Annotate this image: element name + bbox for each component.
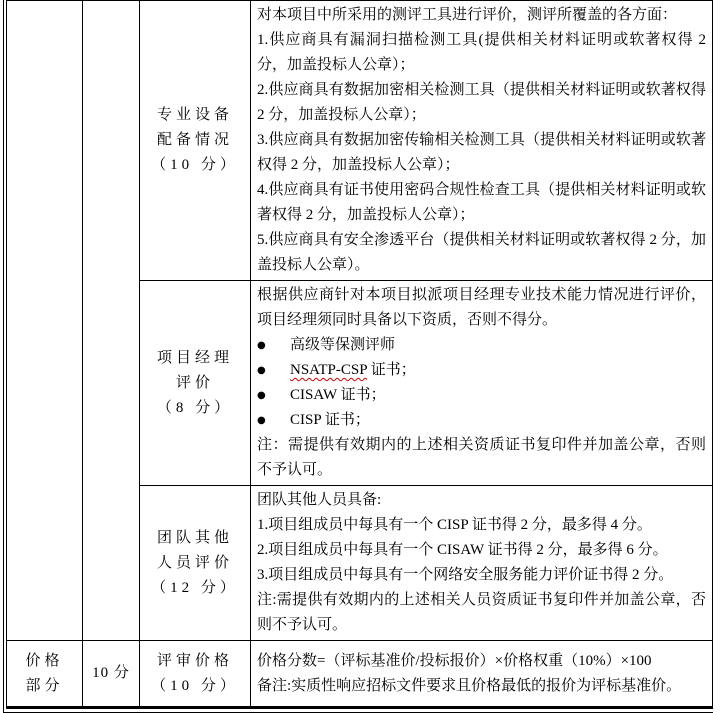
item-name-cell: 团队其他 人员评价 （12 分） — [140, 486, 251, 641]
qualification-text: 高级等保测评师 — [290, 333, 706, 358]
qualification-list-item: ● CISP 证书； — [257, 408, 706, 433]
criteria-paragraph: 5.供应商具有安全渗透平台（提供相关材料证明或软著权得 2 分，加盖投标人公章）… — [257, 228, 706, 278]
evaluation-criteria-table: 专业设备 配备情况 （10 分） 对本项目中所采用的测评工具进行评价，测评所覆盖… — [6, 0, 713, 709]
criteria-note: 注:需提供有效期内的上述相关人员资质证书复印件并加盖公章，否则不予认可。 — [257, 588, 706, 638]
item-name-line: 人员评价 — [140, 551, 250, 576]
criteria-paragraph: 2.供应商具有数据加密相关检测工具（提供相关材料证明或软著权得 2 分，加盖投标… — [257, 78, 706, 128]
spellcheck-flagged-text: NSATP-CSP — [290, 362, 367, 378]
item-name-line: 评审价格 — [140, 649, 250, 674]
item-name-cell: 项目经理 评价 （8 分） — [140, 281, 251, 486]
item-score-line: （12 分） — [140, 576, 250, 601]
document-page: 专业设备 配备情况 （10 分） 对本项目中所采用的测评工具进行评价，测评所覆盖… — [0, 0, 720, 713]
criteria-note: 注：需提供有效期内的上述相关资质证书复印件并加盖公章，否则不予认可。 — [257, 433, 706, 483]
item-name-cell: 专业设备 配备情况 （10 分） — [140, 1, 251, 281]
item-score-line: （8 分） — [140, 396, 250, 421]
criteria-cell: 价格分数=（评标基准价/投标报价）×价格权重（10%）×100 备注:实质性响应… — [251, 641, 713, 708]
bullet-icon: ● — [257, 383, 290, 408]
category-cell-empty — [7, 1, 83, 641]
qualification-list-item: ● CISAW 证书； — [257, 383, 706, 408]
criteria-cell: 根据供应商针对本项目拟派项目经理专业技术能力情况进行评价，项目经理须同时具备以下… — [251, 281, 713, 486]
bullet-icon: ● — [257, 333, 290, 358]
criteria-paragraph: 3.供应商具有数据加密传输相关检测工具（提供相关材料证明或软著权得 2 分，加盖… — [257, 128, 706, 178]
table-row: 专业设备 配备情况 （10 分） 对本项目中所采用的测评工具进行评价，测评所覆盖… — [7, 1, 713, 281]
item-name-line: 评价 — [140, 371, 250, 396]
item-name-cell: 评审价格 （10 分） — [140, 641, 251, 708]
item-name-line: 配备情况 — [140, 128, 250, 153]
criteria-paragraph: 对本项目中所采用的测评工具进行评价，测评所覆盖的各方面： — [257, 3, 706, 28]
item-score-line: （10 分） — [140, 674, 250, 699]
price-formula: 价格分数=（评标基准价/投标报价）×价格权重（10%）×100 — [257, 649, 706, 674]
item-name-line: 团队其他 — [140, 526, 250, 551]
category-line: 价格 — [7, 649, 82, 674]
bullet-icon: ● — [257, 408, 290, 433]
evaluation-table-container: 专业设备 配备情况 （10 分） 对本项目中所采用的测评工具进行评价，测评所覆盖… — [3, 0, 713, 713]
score-cell-empty — [83, 1, 140, 641]
score-cell: 10 分 — [83, 641, 140, 708]
qualification-text: CISAW 证书； — [290, 383, 706, 408]
qualification-text: CISP 证书； — [290, 408, 706, 433]
qualification-list-item: ● NSATP-CSP 证书； — [257, 358, 706, 383]
qualification-text: NSATP-CSP 证书； — [290, 358, 706, 383]
criteria-cell: 对本项目中所采用的测评工具进行评价，测评所覆盖的各方面： 1.供应商具有漏洞扫描… — [251, 1, 713, 281]
item-score-line: （10 分） — [140, 153, 250, 178]
bullet-icon: ● — [257, 358, 290, 383]
criteria-paragraph: 3.项目组成员中每具有一个网络安全服务能力评价证书得 2 分。 — [257, 563, 706, 588]
category-cell: 价格 部分 — [7, 641, 83, 708]
criteria-paragraph: 2.项目组成员中每具有一个 CISAW 证书得 2 分，最多得 6 分。 — [257, 538, 706, 563]
item-name-line: 项目经理 — [140, 346, 250, 371]
score-value: 10 分 — [83, 661, 139, 686]
qualification-list-item: ● 高级等保测评师 — [257, 333, 706, 358]
criteria-cell: 团队其他人员具备: 1.项目组成员中每具有一个 CISP 证书得 2 分，最多得… — [251, 486, 713, 641]
table-row: 价格 部分 10 分 评审价格 （10 分） 价格分数=（评标基准价/投标报价）… — [7, 641, 713, 708]
item-name-line: 专业设备 — [140, 103, 250, 128]
criteria-paragraph: 1.项目组成员中每具有一个 CISP 证书得 2 分，最多得 4 分。 — [257, 513, 706, 538]
criteria-paragraph: 根据供应商针对本项目拟派项目经理专业技术能力情况进行评价，项目经理须同时具备以下… — [257, 283, 706, 333]
criteria-paragraph: 团队其他人员具备: — [257, 488, 706, 513]
criteria-paragraph: 4.供应商具有证书使用密码合规性检查工具（提供相关材料证明或软著权得 2 分，加… — [257, 178, 706, 228]
criteria-note: 备注:实质性响应招标文件要求且价格最低的报价为评标基准价。 — [257, 674, 706, 699]
category-line: 部分 — [7, 674, 82, 699]
criteria-paragraph: 1.供应商具有漏洞扫描检测工具(提供相关材料证明或软著权得 2 分，加盖投标人公… — [257, 28, 706, 78]
